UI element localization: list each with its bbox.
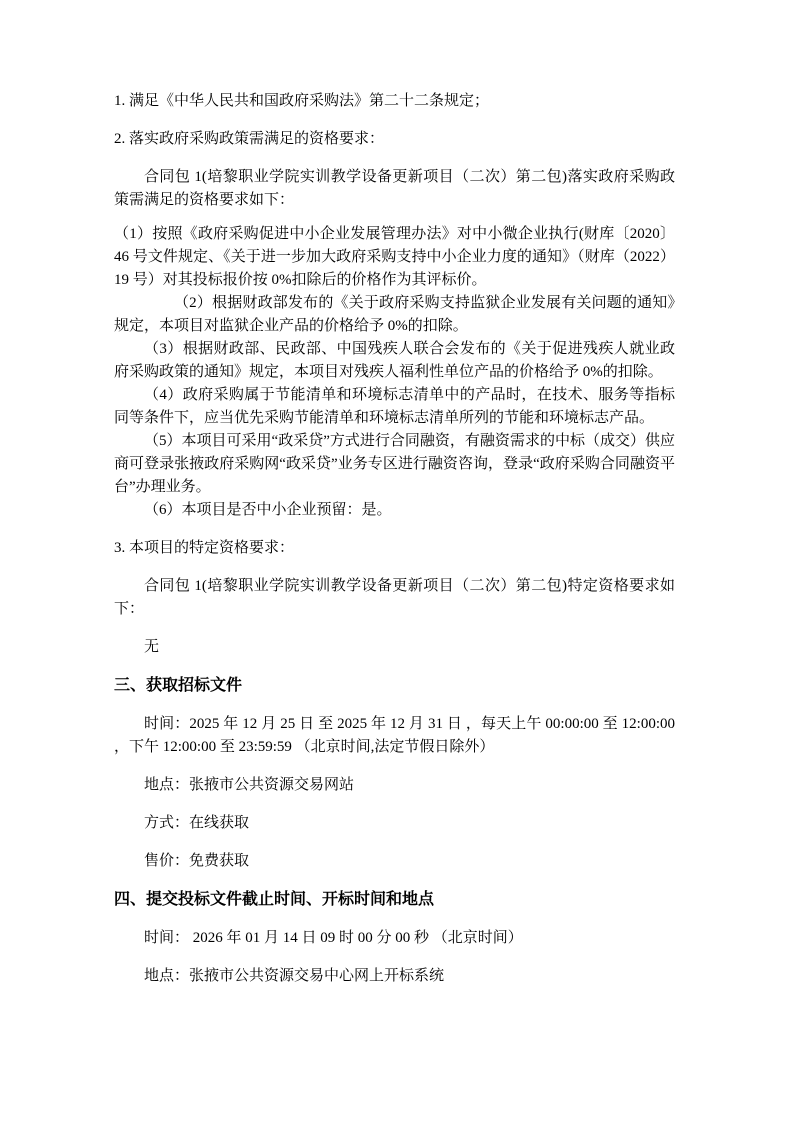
doc-acquire-time: 时间：2025 年 12 月 25 日 至 2025 年 12 月 31 日 ，… — [114, 713, 675, 759]
document-page: 1. 满足《中华人民共和国政府采购法》第二十二条规定； 2. 落实政府采购政策需… — [0, 0, 793, 1122]
specific-qualification-intro: 合同包 1(培黎职业学院实训教学设备更新项目（二次）第二包)特定资格要求如下： — [114, 575, 675, 621]
section-heading-bid-submission: 四、提交投标文件截止时间、开标时间和地点 — [114, 888, 675, 912]
bid-open-time: 时间： 2026 年 01 月 14 日 09 时 00 分 00 秒 （北京时… — [114, 927, 675, 950]
policy-item-4: （4）政府采购属于节能清单和环境标志清单中的产品时，在技术、服务等指标同等条件下… — [114, 384, 675, 430]
doc-acquire-price: 售价：免费获取 — [114, 850, 675, 873]
policy-item-2: （2）根据财政部发布的《关于政府采购支持监狱企业发展有关问题的通知》规定，本项目… — [114, 292, 675, 338]
clause-2: 2. 落实政府采购政策需满足的资格要求： — [114, 128, 675, 151]
doc-acquire-method: 方式：在线获取 — [114, 812, 675, 835]
policy-item-6: （6）本项目是否中小企业预留：是。 — [114, 499, 675, 522]
specific-qualification-value: 无 — [114, 636, 675, 659]
policy-item-3: （3）根据财政部、民政部、中国残疾人联合会发布的《关于促进残疾人就业政府采购政策… — [114, 338, 675, 384]
section-heading-get-bid-documents: 三、获取招标文件 — [114, 674, 675, 698]
package-policy-intro: 合同包 1(培黎职业学院实训教学设备更新项目（二次）第二包)落实政府采购政策需满… — [114, 166, 675, 212]
policy-item-1: （1）按照《政府采购促进中小企业发展管理办法》对中小微企业执行(财库〔2020〕… — [114, 223, 675, 292]
clause-1: 1. 满足《中华人民共和国政府采购法》第二十二条规定； — [114, 90, 675, 113]
doc-acquire-location: 地点：张掖市公共资源交易网站 — [114, 774, 675, 797]
bid-open-location: 地点：张掖市公共资源交易中心网上开标系统 — [114, 965, 675, 988]
clause-3: 3. 本项目的特定资格要求： — [114, 537, 675, 560]
policy-item-5: （5）本项目可采用“政采贷”方式进行合同融资，有融资需求的中标（成交）供应商可登… — [114, 430, 675, 499]
